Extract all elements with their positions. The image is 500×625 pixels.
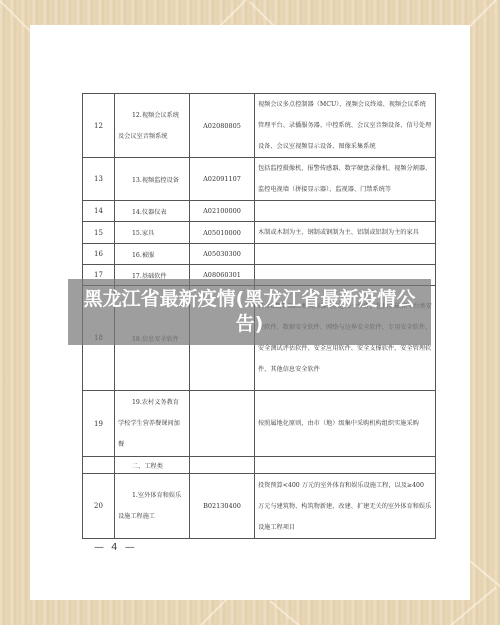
table-row: 12 12.视频会议系统 及会议室音频系统 A02080805 视频会议多点控制… bbox=[83, 94, 436, 158]
table-row: 14 14.仪器仪表 A02100000 bbox=[83, 201, 436, 222]
item-name: 19.农村义务教育 学校学生营养餐课间加餐 bbox=[115, 391, 190, 457]
item-description bbox=[255, 201, 436, 222]
row-number: 16 bbox=[83, 244, 115, 265]
item-code: A02100000 bbox=[190, 201, 255, 222]
overlay-title: 黑龙江省最新疫情(黑龙江省最新疫情公告) bbox=[68, 287, 431, 337]
item-name: 16.被服 bbox=[115, 244, 190, 265]
table-row: 19 19.农村义务教育 学校学生营养餐课间加餐 按照属地化原则，由市（地）级集… bbox=[83, 391, 436, 457]
item-description: 木制或木制为主、钢制或钢制为主、铝制或铝制为主的家具 bbox=[255, 222, 436, 244]
item-name-line1: 1.室外体育和娱乐 bbox=[118, 485, 186, 506]
item-description: 视频会议多点控制器（MCU）、视频会议终端、视频会议系统管理平台、录播服务器、中… bbox=[255, 94, 436, 158]
item-code bbox=[190, 391, 255, 457]
item-name: 1.室外体育和娱乐 设施工程施工 bbox=[115, 474, 190, 539]
frame-corner-line bbox=[0, 0, 30, 31]
item-name-line2: 学校学生营养餐课间加餐 bbox=[118, 420, 180, 448]
item-name-line1: 19.农村义务教育 bbox=[118, 392, 186, 413]
row-number: 19 bbox=[83, 391, 115, 457]
table-row: 20 1.室外体育和娱乐 设施工程施工 B02130400 投资预算<400 万… bbox=[83, 474, 436, 539]
row-number: 15 bbox=[83, 222, 115, 244]
row-number: 13 bbox=[83, 158, 115, 201]
table-row: 13 13.视频监控设备 A02091107 包括监控摄像机、报警传感器、数字硬… bbox=[83, 158, 436, 201]
item-name: 12.视频会议系统 及会议室音频系统 bbox=[115, 94, 190, 158]
item-name-line1: 16.被服 bbox=[118, 250, 186, 259]
item-description: 包括监控摄像机、报警传感器、数字硬盘录像机、视频分割器、监控电视墙（拼接显示器）… bbox=[255, 158, 436, 201]
item-code bbox=[190, 457, 255, 474]
frame-corner-line bbox=[269, 600, 301, 625]
row-number: 12 bbox=[83, 94, 115, 158]
row-number: 20 bbox=[83, 474, 115, 539]
item-name-line1: 15.家具 bbox=[118, 228, 186, 237]
table-row: 15 15.家具 A05010000 木制或木制为主、钢制或钢制为主、铝制或铝制… bbox=[83, 222, 436, 244]
item-description: 投资预算<400 万元的室外体育和娱乐设施工程，以及≥400 万元与建筑物、构筑… bbox=[255, 474, 436, 539]
item-name-line1: 14.仪器仪表 bbox=[118, 207, 186, 216]
item-code: A05010000 bbox=[190, 222, 255, 244]
frame-corner-line bbox=[219, 0, 250, 27]
row-number bbox=[83, 457, 115, 474]
item-code: A02091107 bbox=[190, 158, 255, 201]
item-description bbox=[255, 244, 436, 265]
frame-corner-line bbox=[469, 0, 500, 27]
item-name-line2: 及会议室音频系统 bbox=[118, 133, 168, 140]
item-name: 14.仪器仪表 bbox=[115, 201, 190, 222]
item-code: A02080805 bbox=[190, 94, 255, 158]
item-name-line1: 12.视频会议系统 bbox=[118, 105, 186, 126]
item-name: 15.家具 bbox=[115, 222, 190, 244]
section-heading: 二、工程类 bbox=[115, 457, 190, 474]
item-description: 按照属地化原则，由市（地）级集中采购机构组织实施采购 bbox=[255, 391, 436, 457]
table-row: 16 16.被服 A05030300 bbox=[83, 244, 436, 265]
item-name-line1: 13.视频监控设备 bbox=[118, 175, 186, 184]
page-number: — 4 — bbox=[94, 542, 137, 553]
table-row: 二、工程类 bbox=[83, 457, 436, 474]
row-number: 14 bbox=[83, 201, 115, 222]
item-code: B02130400 bbox=[190, 474, 255, 539]
section-heading-label: 二、工程类 bbox=[118, 461, 186, 470]
item-name-line2: 设施工程施工 bbox=[118, 513, 155, 520]
item-code: A05030300 bbox=[190, 244, 255, 265]
item-description bbox=[255, 457, 436, 474]
item-name: 13.视频监控设备 bbox=[115, 158, 190, 201]
title-overlay-banner: 黑龙江省最新疫情(黑龙江省最新疫情公告) bbox=[68, 279, 431, 345]
